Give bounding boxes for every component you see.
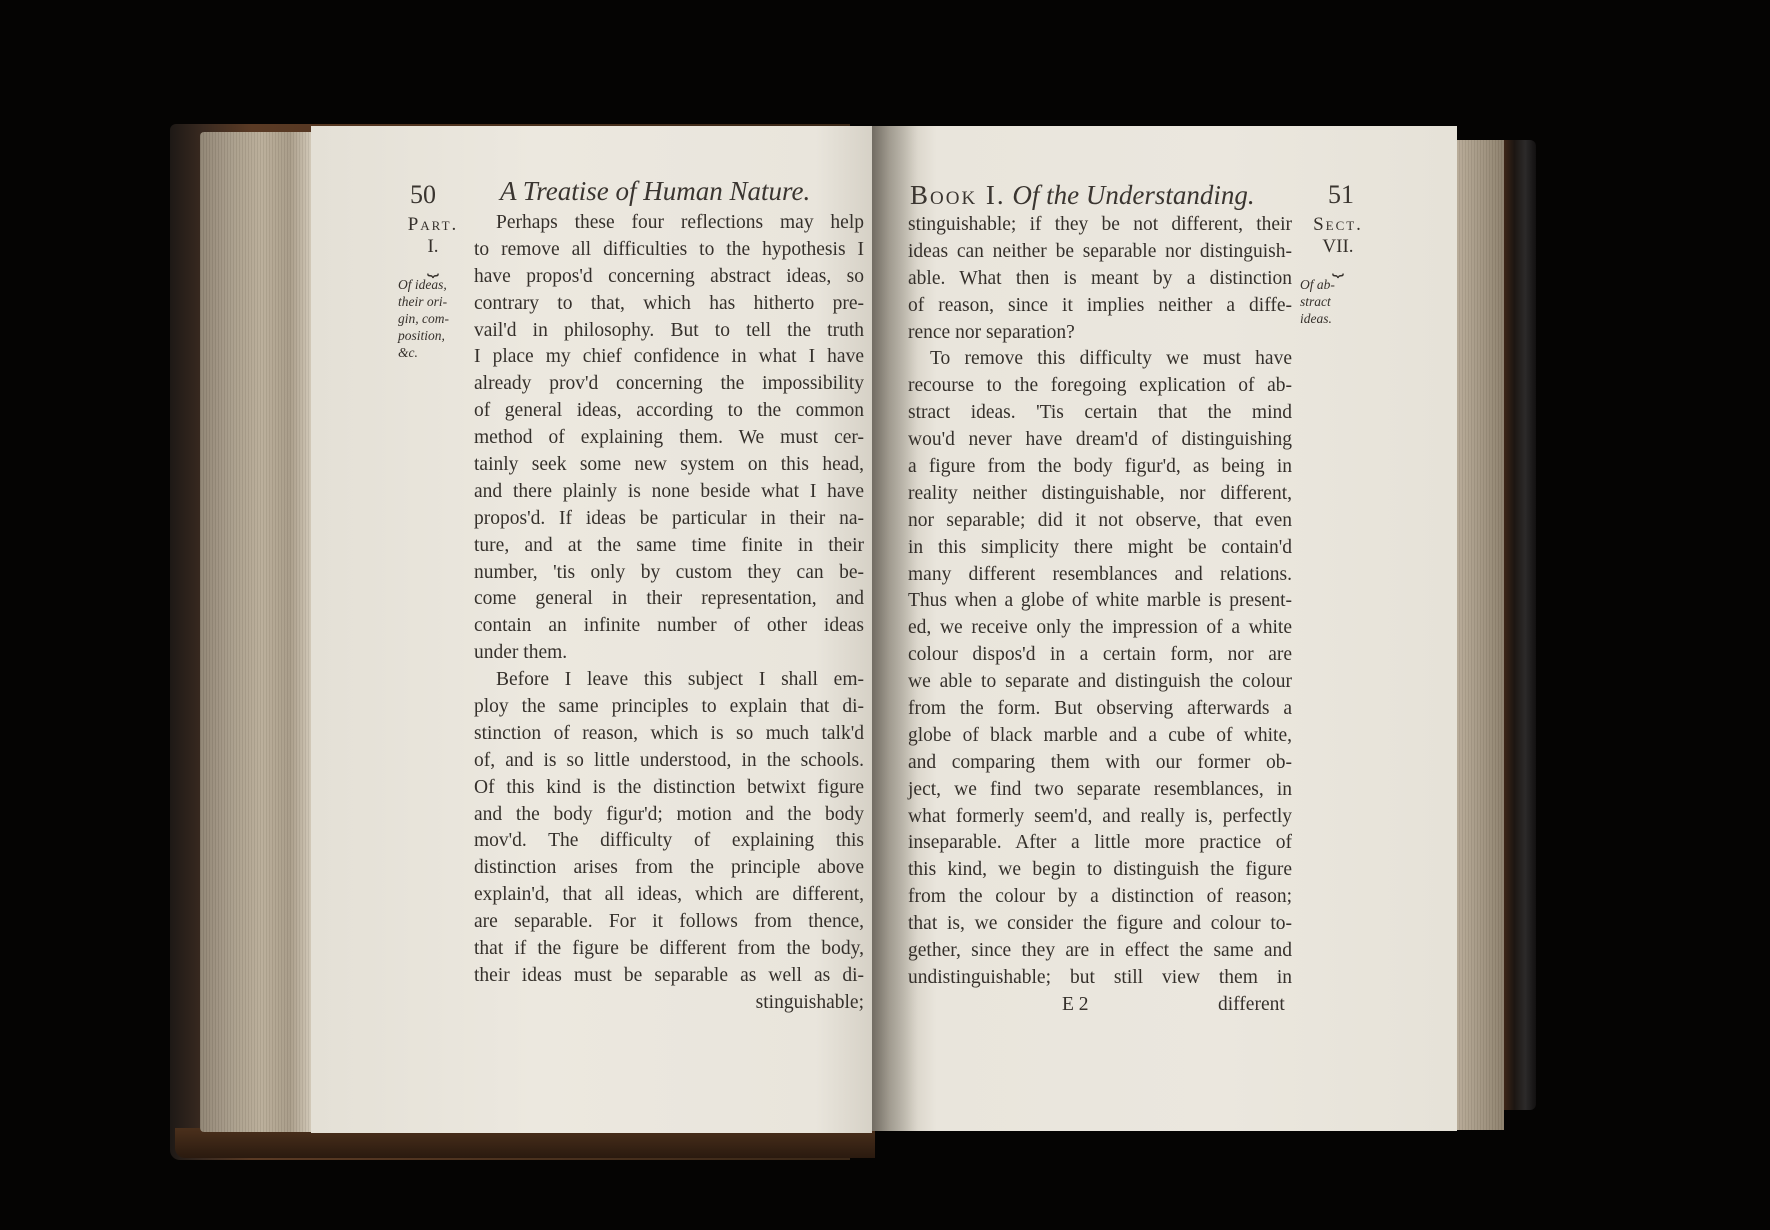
text-line: already prov'd concerning the impossibil… (474, 371, 864, 398)
text-line: To remove this difficulty we must have (908, 346, 1292, 373)
margin-gloss-line: stract (1300, 293, 1376, 310)
right-running-title: Of the Understanding. (1012, 180, 1254, 210)
text-line: are separable. For it follows from thenc… (474, 909, 864, 936)
catchword: stinguishable; (474, 990, 864, 1017)
margin-gloss-line: Of ideas, (398, 276, 468, 293)
text-line: Before I leave this subject I shall em- (474, 667, 864, 694)
text-line: stinguishable; if they be not different,… (908, 212, 1292, 239)
text-line: this kind, we begin to distinguish the f… (908, 857, 1292, 884)
text-line: ploy the same principles to explain that… (474, 694, 864, 721)
text-line: and there plainly is none beside what I … (474, 479, 864, 506)
text-line: we able to separate and distinguish the … (908, 669, 1292, 696)
text-line: distinction arises from the principle ab… (474, 855, 864, 882)
text-line: have propos'd concerning abstract ideas,… (474, 264, 864, 291)
margin-gloss-line: Of ab- (1300, 276, 1376, 293)
text-line: under them. (474, 640, 864, 667)
text-line: from the colour by a distinction of reas… (908, 884, 1292, 911)
margin-sect-heading: Sect. (1300, 214, 1376, 236)
text-line: of general ideas, according to the commo… (474, 398, 864, 425)
page-block-left-edge (200, 132, 312, 1132)
left-margin-note: Part. I. ⏟ Of ideas, their ori- gin, com… (398, 214, 468, 361)
left-page-number: 50 (410, 180, 436, 210)
text-line: and comparing them with our former ob- (908, 750, 1292, 777)
margin-part-heading: Part. (398, 214, 468, 236)
brace-ornament-icon: ⏟ (1300, 258, 1376, 276)
text-line: ed, we receive only the impression of a … (908, 615, 1292, 642)
right-running-head: Book I. Of the Understanding. (910, 180, 1255, 211)
catchword: different (1218, 994, 1285, 1016)
text-line: explain'd, that all ideas, which are dif… (474, 882, 864, 909)
text-line: a figure from the body figur'd, as being… (908, 454, 1292, 481)
text-line: propos'd. If ideas be particular in thei… (474, 506, 864, 533)
text-line: gether, since they are in effect the sam… (908, 938, 1292, 965)
text-line: Thus when a globe of white marble is pre… (908, 588, 1292, 615)
text-line: stinction of reason, which is so much ta… (474, 721, 864, 748)
text-line: nor separable; did it not observe, that … (908, 508, 1292, 535)
page-block-right-edge (1456, 140, 1504, 1130)
left-running-head: A Treatise of Human Nature. (500, 176, 810, 207)
text-line: that is, we consider the figure and colo… (908, 911, 1292, 938)
left-running-title: A Treatise of Human Nature. (500, 176, 810, 206)
left-page-body: Perhaps these four reflections may help … (474, 210, 864, 1017)
text-line: Perhaps these four reflections may help (474, 210, 864, 237)
text-line: recourse to the foregoing explication of… (908, 373, 1292, 400)
text-line: in this simplicity there might be contai… (908, 535, 1292, 562)
text-line: ject, we find two separate resemblances,… (908, 777, 1292, 804)
text-line: and the body figur'd; motion and the bod… (474, 802, 864, 829)
text-line: to remove all difficulties to the hypoth… (474, 237, 864, 264)
text-line: from the form. But observing afterwards … (908, 696, 1292, 723)
text-line: mov'd. The difficulty of explaining this (474, 828, 864, 855)
text-line: contrary to that, which has hitherto pre… (474, 291, 864, 318)
text-line: ture, and at the same time finite in the… (474, 533, 864, 560)
leather-cover-right (1500, 140, 1536, 1110)
margin-gloss-line: ideas. (1300, 310, 1376, 327)
signature-mark: E 2 (1062, 994, 1089, 1016)
text-line: reality neither distinguishable, nor dif… (908, 481, 1292, 508)
text-line: Of this kind is the distinction betwixt … (474, 775, 864, 802)
text-line: tainly seek some new system on this head… (474, 452, 864, 479)
text-line: able. What then is meant by a distinctio… (908, 266, 1292, 293)
text-line: globe of black marble and a cube of whit… (908, 723, 1292, 750)
text-line: rence nor separation? (908, 320, 1292, 347)
text-line: stract ideas. 'Tis certain that the mind (908, 400, 1292, 427)
text-line: wou'd never have dream'd of distinguishi… (908, 427, 1292, 454)
margin-gloss-line: gin, com- (398, 310, 468, 327)
text-line: ideas can neither be separable nor disti… (908, 239, 1292, 266)
text-line: inseparable. After a little more practic… (908, 830, 1292, 857)
text-line: their ideas must be separable as well as… (474, 963, 864, 990)
text-line: vail'd in philosophy. But to tell the tr… (474, 318, 864, 345)
text-line: colour dispos'd in a certain form, nor a… (908, 642, 1292, 669)
right-page-number: 51 (1328, 180, 1354, 210)
text-line: contain an infinite number of other idea… (474, 613, 864, 640)
text-line: many different resemblances and relation… (908, 562, 1292, 589)
text-line: undistinguishable; but still view them i… (908, 965, 1292, 992)
right-page-body: stinguishable; if they be not different,… (908, 212, 1292, 992)
text-line: I place my chief confidence in what I ha… (474, 344, 864, 371)
text-line: come general in their representation, an… (474, 586, 864, 613)
right-margin-note: Sect. VII. ⏟ Of ab- stract ideas. (1300, 214, 1376, 327)
text-line: number, 'tis only by custom they can be- (474, 560, 864, 587)
text-line: what formerly seem'd, and really is, per… (908, 804, 1292, 831)
margin-gloss-line: &c. (398, 344, 468, 361)
right-running-book: Book I. (910, 180, 1006, 210)
margin-gloss-line: their ori- (398, 293, 468, 310)
margin-gloss-line: position, (398, 327, 468, 344)
open-book: 50 A Treatise of Human Nature. Part. I. … (0, 0, 1770, 1230)
text-line: method of explaining them. We must cer- (474, 425, 864, 452)
brace-ornament-icon: ⏟ (398, 258, 468, 276)
text-line: of reason, since it implies neither a di… (908, 293, 1292, 320)
text-line: that if the figure be different from the… (474, 936, 864, 963)
text-line: of, and is so little understood, in the … (474, 748, 864, 775)
